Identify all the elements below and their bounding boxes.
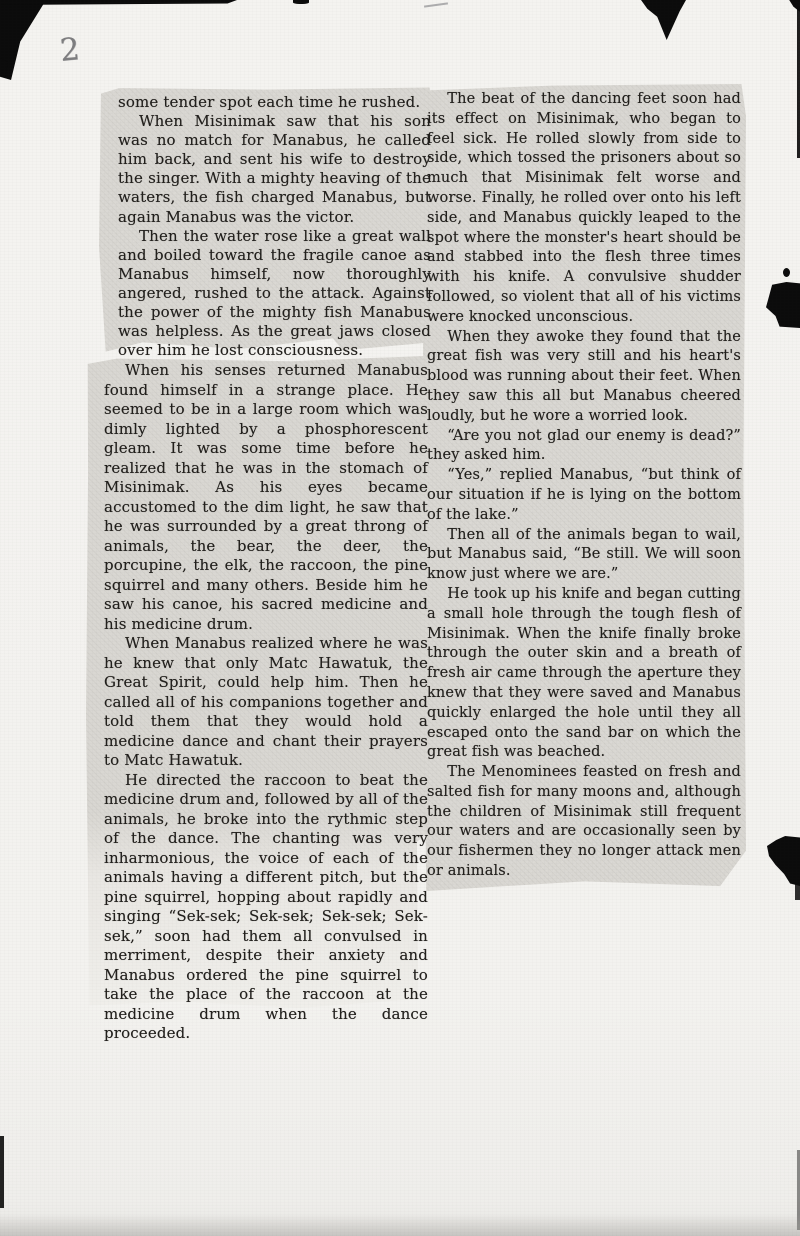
- article-paragraph: Then the water rose like a great wall an…: [118, 227, 431, 361]
- article-paragraph: He directed the raccoon to beat the medi…: [104, 771, 428, 1044]
- article-paragraph: When his senses returned Manabus found h…: [104, 361, 428, 634]
- article-column-right: The beat of the dancing feet soon had it…: [427, 90, 741, 882]
- article-paragraph: When Manabus realized where he was he kn…: [104, 634, 428, 771]
- pencil-mark: [424, 2, 448, 7]
- article-column-left-bottom: When his senses returned Manabus found h…: [104, 361, 428, 1044]
- article-paragraph: some tender spot each time he rushed.: [118, 93, 431, 112]
- article-paragraph: The Menominees feasted on fresh and salt…: [427, 763, 741, 882]
- scan-artifact-top-dot: [293, 0, 309, 4]
- article-paragraph: He took up his knife and began cutting a…: [427, 585, 741, 763]
- article-paragraph: “Are you not glad our enemy is dead?” th…: [427, 427, 741, 467]
- article-paragraph: When they awoke they found that the grea…: [427, 328, 741, 427]
- scan-artifact-top-edge-strip: [0, 0, 237, 5]
- scanned-document-page: 2 some tender spot each time he rushed. …: [0, 0, 800, 1236]
- article-paragraph: Then all of the animals began to wail, b…: [427, 526, 741, 585]
- handwritten-page-number: 2: [58, 31, 81, 69]
- scan-artifact-bottom-shadow: [0, 1214, 800, 1236]
- article-paragraph: “Yes,” replied Manabus, “but think of ou…: [427, 466, 741, 525]
- scan-artifact-top-left-corner: [0, 0, 46, 80]
- scan-artifact-right-blob-upper: [766, 282, 800, 328]
- article-column-left-top: some tender spot each time he rushed. Wh…: [118, 93, 431, 360]
- article-paragraph: When Misinimak saw that his son was no m…: [118, 112, 431, 227]
- scan-artifact-right-blob-lower: [767, 836, 800, 886]
- article-paragraph: The beat of the dancing feet soon had it…: [427, 90, 741, 328]
- scan-artifact-left-bottom-line: [0, 1136, 4, 1208]
- scan-artifact-top-wedge: [641, 0, 686, 40]
- scan-artifact-right-dot: [783, 268, 790, 277]
- scan-artifact-right-tail: [795, 884, 800, 900]
